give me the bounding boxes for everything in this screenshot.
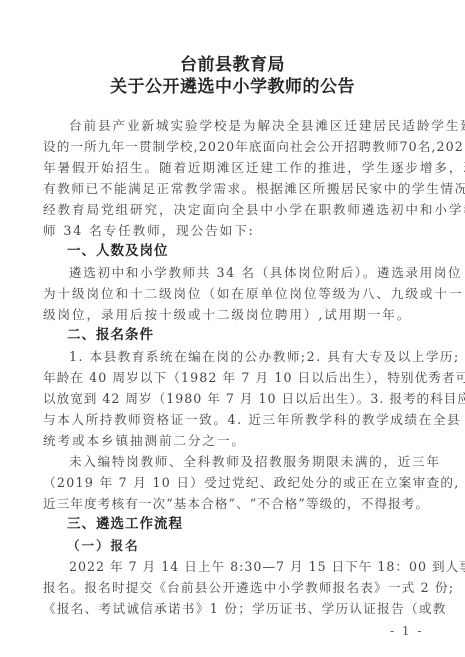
paragraph-line: 有教师已不能满足正常教学需求。根据滩区所搬居民家中的学生情况,	[43, 178, 423, 199]
paragraph-line: 统考或本乡镇抽测前二分之一。	[43, 430, 423, 451]
document-title-subject: 关于公开遴选中小学教师的公告	[0, 72, 465, 97]
paragraph-line: 以放宽到 42 周岁（1980 年 7 月 10 日以后出生）。3. 报考的科目…	[43, 388, 423, 409]
document-body: 台前县产业新城实验学校是为解决全县滩区迁建居民适龄学生建 设的一所九年一贯制学校…	[43, 115, 423, 619]
paragraph-line: 经教育局党组研究，决定面向全县中小学在职教师遴选初中和小学教	[43, 199, 423, 220]
paragraph-line: 台前县产业新城实验学校是为解决全县滩区迁建居民适龄学生建	[43, 115, 423, 136]
paragraph-line: 师 34 名专任教师，现公告如下:	[43, 220, 423, 241]
paragraph-line: 年暑假开始招生。随着近期滩区迁建工作的推进，学生逐步增多，现	[43, 157, 423, 178]
section-heading-requirements: 二、报名条件	[43, 325, 423, 346]
paragraph-line: 为十级岗位和十二级岗位（如在原单位岗位等级为八、九级或十一	[43, 283, 423, 304]
page-number: - 1 -	[390, 624, 423, 638]
paragraph-line: 未入编特岗教师、全科教师及招教服务期限未满的，近三年	[43, 451, 423, 472]
paragraph-line: 2022 年 7 月 14 日上午 8:30—7 月 15 日下午 18：00 …	[43, 556, 423, 577]
paragraph-line: 1. 本县教育系统在编在岗的公办教师;2. 具有大专及以上学历;	[43, 346, 423, 367]
document-page: 台前县教育局 关于公开遴选中小学教师的公告 台前县产业新城实验学校是为解决全县滩…	[0, 0, 465, 657]
paragraph-line: 级岗位，录用后按十级或十二级岗位聘用）,试用期一年。	[43, 304, 423, 325]
paragraph-line: 设的一所九年一贯制学校,2020年底面向社会公开招聘教师70名,2021	[43, 136, 423, 157]
section-heading-positions: 一、人数及岗位	[43, 241, 423, 262]
paragraph-line: 报名。报名时提交《台前县公开遴选中小学教师报名表》一式 2 份;	[43, 577, 423, 598]
paragraph-line: 《报名、考试诚信承诺书》1 份；学历证书、学历认证报告（或教	[43, 598, 423, 619]
section-heading-process: 三、遴选工作流程	[43, 514, 423, 535]
paragraph-line: （2019 年 7 月 10 日）受过党纪、政纪处分的或正在立案审查的,	[43, 472, 423, 493]
paragraph-line: 与本人所持教师资格证一致。4. 近三年所教学科的教学成绩在全县	[43, 409, 423, 430]
paragraph-line: 年龄在 40 周岁以下（1982 年 7 月 10 日以后出生），特别优秀者可	[43, 367, 423, 388]
subsection-heading-registration: （一）报名	[43, 535, 423, 556]
paragraph-line: 遴选初中和小学教师共 34 名（具体岗位附后）。遴选录用岗位	[43, 262, 423, 283]
paragraph-line: 近三年度考核有一次“基本合格”、“不合格”等级的，不得报考。	[43, 493, 423, 514]
